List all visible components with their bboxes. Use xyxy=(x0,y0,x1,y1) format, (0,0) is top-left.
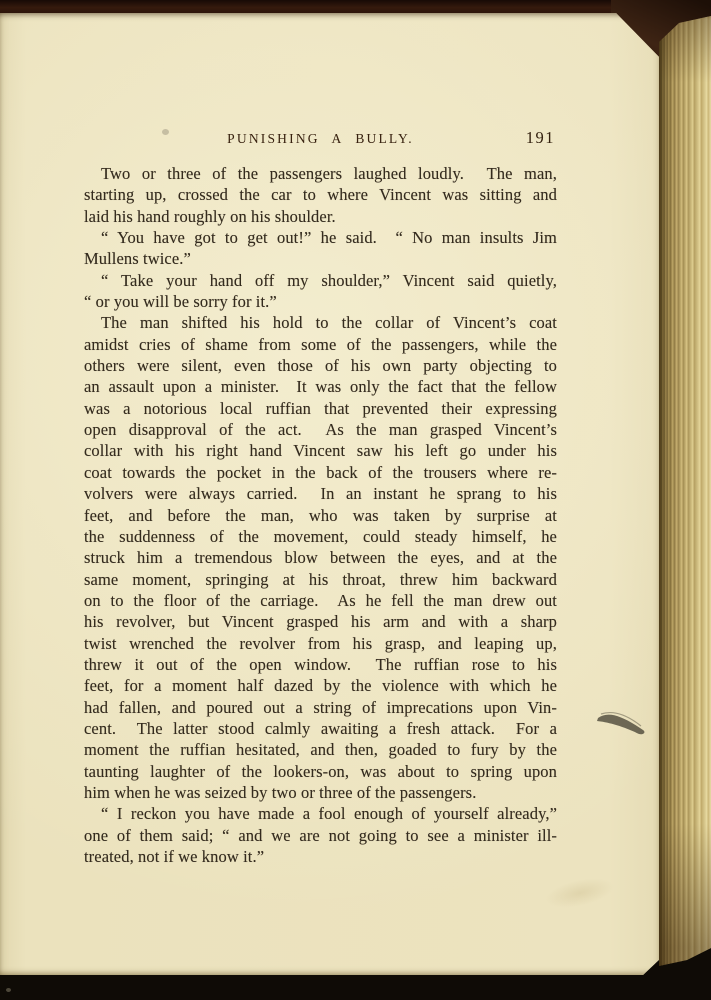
text-line: amidst cries of shame from some of the p… xyxy=(84,334,557,355)
text-line: collar with his right hand Vincent saw h… xyxy=(84,440,557,461)
running-head: PUNISHING A BULLY. 191 xyxy=(84,131,557,148)
text-line: The man shifted his hold to the collar o… xyxy=(84,312,557,333)
text-line: threw it out of the open window. The ruf… xyxy=(84,654,557,675)
paper-spot xyxy=(162,129,169,135)
text-line: laid his hand roughly on his shoulder. xyxy=(84,206,557,227)
page-number: 191 xyxy=(526,128,555,148)
text-line: taunting laughter of the lookers-on, was… xyxy=(84,761,557,782)
paragraph: “ Take your hand off my shoulder,” Vince… xyxy=(84,270,557,313)
text-line: had fallen, and poured out a string of i… xyxy=(84,697,557,718)
text-line: twist wrenched the revolver from his gra… xyxy=(84,633,557,654)
text-line: feet, for a moment half dazed by the vio… xyxy=(84,675,557,696)
text-line: struck him a tremendous blow between the… xyxy=(84,547,557,568)
text-line: the suddenness of the movement, could st… xyxy=(84,526,557,547)
text-line: coat towards the pocket in the back of t… xyxy=(84,462,557,483)
text-line: “ You have got to get out!” he said. “ N… xyxy=(84,227,557,248)
text-line: “ or you will be sorry for it.” xyxy=(84,291,557,312)
text-line: “ Take your hand off my shoulder,” Vince… xyxy=(84,270,557,291)
paragraph: The man shifted his hold to the collar o… xyxy=(84,312,557,803)
text-line: an assault upon a minister. It was only … xyxy=(84,376,557,397)
text-line: Mullens twice.” xyxy=(84,248,557,269)
text-line: open disapproval of the act. As the man … xyxy=(84,419,557,440)
page-edges-fore-edge xyxy=(659,16,711,966)
book-page: PUNISHING A BULLY. 191 Two or three of t… xyxy=(0,13,662,975)
paragraph: “ You have got to get out!” he said. “ N… xyxy=(84,227,557,270)
paragraph: Two or three of the passengers laughed l… xyxy=(84,163,557,227)
text-line: treated, not if we know it.” xyxy=(84,846,557,867)
text-line: was a notorious local ruffian that preve… xyxy=(84,398,557,419)
text-line: moment the ruffian hesitated, and then, … xyxy=(84,739,557,760)
pencil-smudge-mark xyxy=(590,700,652,746)
text-line: feet, and before the man, who was taken … xyxy=(84,505,557,526)
dust-speck xyxy=(6,988,11,992)
book-scan: PUNISHING A BULLY. 191 Two or three of t… xyxy=(0,0,711,1000)
body-text: Two or three of the passengers laughed l… xyxy=(84,163,557,867)
text-line: on to the floor of the carriage. As he f… xyxy=(84,590,557,611)
text-line: same moment, springing at his throat, th… xyxy=(84,569,557,590)
paragraph: “ I reckon you have made a fool enough o… xyxy=(84,803,557,867)
text-line: starting up, crossed the car to where Vi… xyxy=(84,184,557,205)
chapter-running-title: PUNISHING A BULLY. xyxy=(84,131,557,147)
text-line: him when he was seized by two or three o… xyxy=(84,782,557,803)
text-line: volvers were always carried. In an insta… xyxy=(84,483,557,504)
text-line: one of them said; “ and we are not going… xyxy=(84,825,557,846)
text-line: his revolver, but Vincent grasped his ar… xyxy=(84,611,557,632)
text-block: PUNISHING A BULLY. 191 Two or three of t… xyxy=(84,131,557,867)
text-line: Two or three of the passengers laughed l… xyxy=(84,163,557,184)
text-line: cent. The latter stood calmly awaiting a… xyxy=(84,718,557,739)
book-cover-top-edge xyxy=(0,0,711,14)
text-line: others were silent, even those of his ow… xyxy=(84,355,557,376)
text-line: “ I reckon you have made a fool enough o… xyxy=(84,803,557,824)
